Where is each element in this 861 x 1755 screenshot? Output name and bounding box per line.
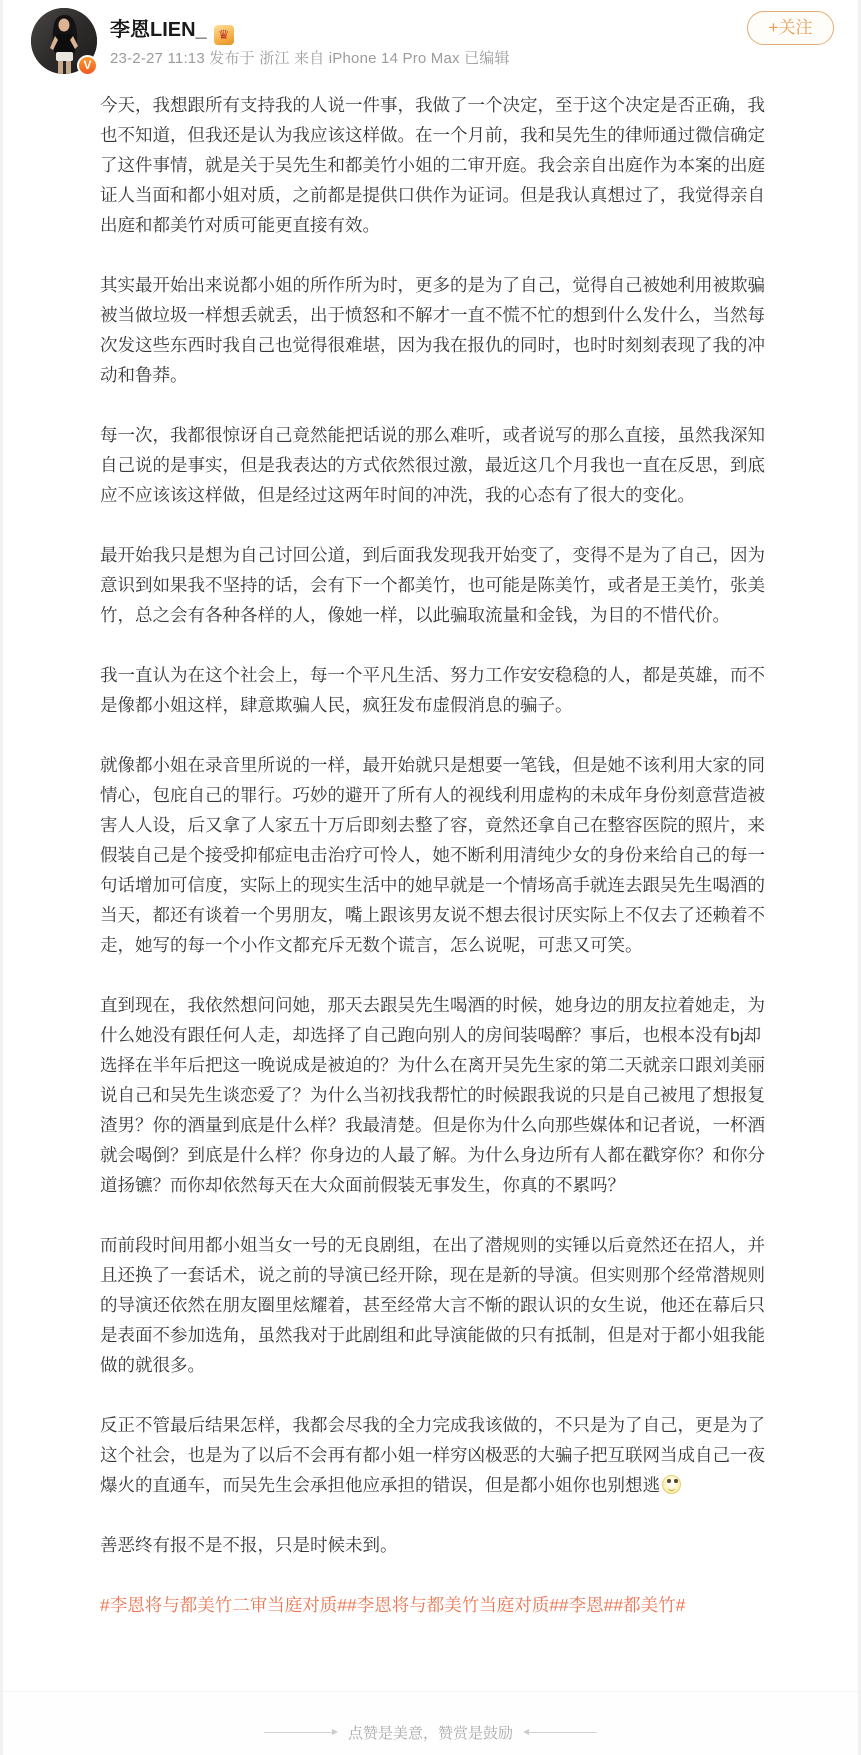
divider-arrow-left-icon (264, 1732, 336, 1733)
follow-button[interactable]: +关注 (747, 11, 834, 45)
username-text: 李恩LIEN_ (110, 19, 207, 41)
post-paragraph: 今天，我想跟所有支持我的人说一件事，我做了一个决定，至于这个决定是否正确，我也不… (100, 90, 772, 240)
verified-icon: V (77, 55, 98, 76)
post-paragraph: 善恶终有报不是不报，只是时候未到。 (100, 1530, 772, 1560)
divider-arrow-right-icon (525, 1732, 597, 1733)
username[interactable]: 李恩LIEN_♛ (110, 13, 234, 45)
like-reward-divider: 点赞是美意，赞赏是鼓励 (264, 1722, 597, 1743)
post-header: V 李恩LIEN_♛ 23-2-27 11:13 发布于 浙江 来自 iPhon… (3, 0, 858, 88)
footer-bar: 点赞是美意，赞赏是鼓励 (3, 1691, 858, 1755)
post-paragraph: 我一直认为在这个社会上，每一个平凡生活、努力工作安安稳稳的人，都是英雄，而不是像… (100, 660, 772, 720)
rolling-eyes-emoji-icon (662, 1475, 681, 1494)
vip-crown-icon: ♛ (214, 25, 234, 45)
post-paragraph: 每一次，我都很惊讶自己竟然能把话说的那么难听，或者说写的那么直接，虽然我深知自己… (100, 420, 772, 510)
post-paragraph: 就像都小姐在录音里所说的一样，最开始就只是想要一笔钱，但是她不该利用大家的同情心… (100, 750, 772, 960)
footer-text: 点赞是美意，赞赏是鼓励 (348, 1722, 513, 1743)
post-paragraph: 直到现在，我依然想问问她，那天去跟吴先生喝酒的时候，她身边的朋友拉着她走，为什么… (100, 990, 772, 1200)
post-paragraph: 其实最开始出来说都小姐的所作所为时，更多的是为了自己，觉得自己被她利用被欺骗被当… (100, 270, 772, 390)
hashtag-links[interactable]: #李恩将与都美竹二审当庭对质##李恩将与都美竹当庭对质##李恩##都美竹# (100, 1590, 772, 1620)
post-meta: 23-2-27 11:13 发布于 浙江 来自 iPhone 14 Pro Ma… (110, 47, 510, 68)
post-content: 今天，我想跟所有支持我的人说一件事，我做了一个决定，至于这个决定是否正确，我也不… (100, 90, 772, 1650)
post-paragraph: 最开始我只是想为自己讨回公道，到后面我发现我开始变了，变得不是为了自己，因为意识… (100, 540, 772, 630)
weibo-post-page: V 李恩LIEN_♛ 23-2-27 11:13 发布于 浙江 来自 iPhon… (0, 0, 861, 1755)
post-paragraph: 反正不管最后结果怎样，我都会尽我的全力完成我该做的，不只是为了自己，更是为了这个… (100, 1410, 772, 1500)
post-paragraph: 而前段时间用都小姐当女一号的无良剧组，在出了潜规则的实锤以后竟然还在招人，并且还… (100, 1230, 772, 1380)
